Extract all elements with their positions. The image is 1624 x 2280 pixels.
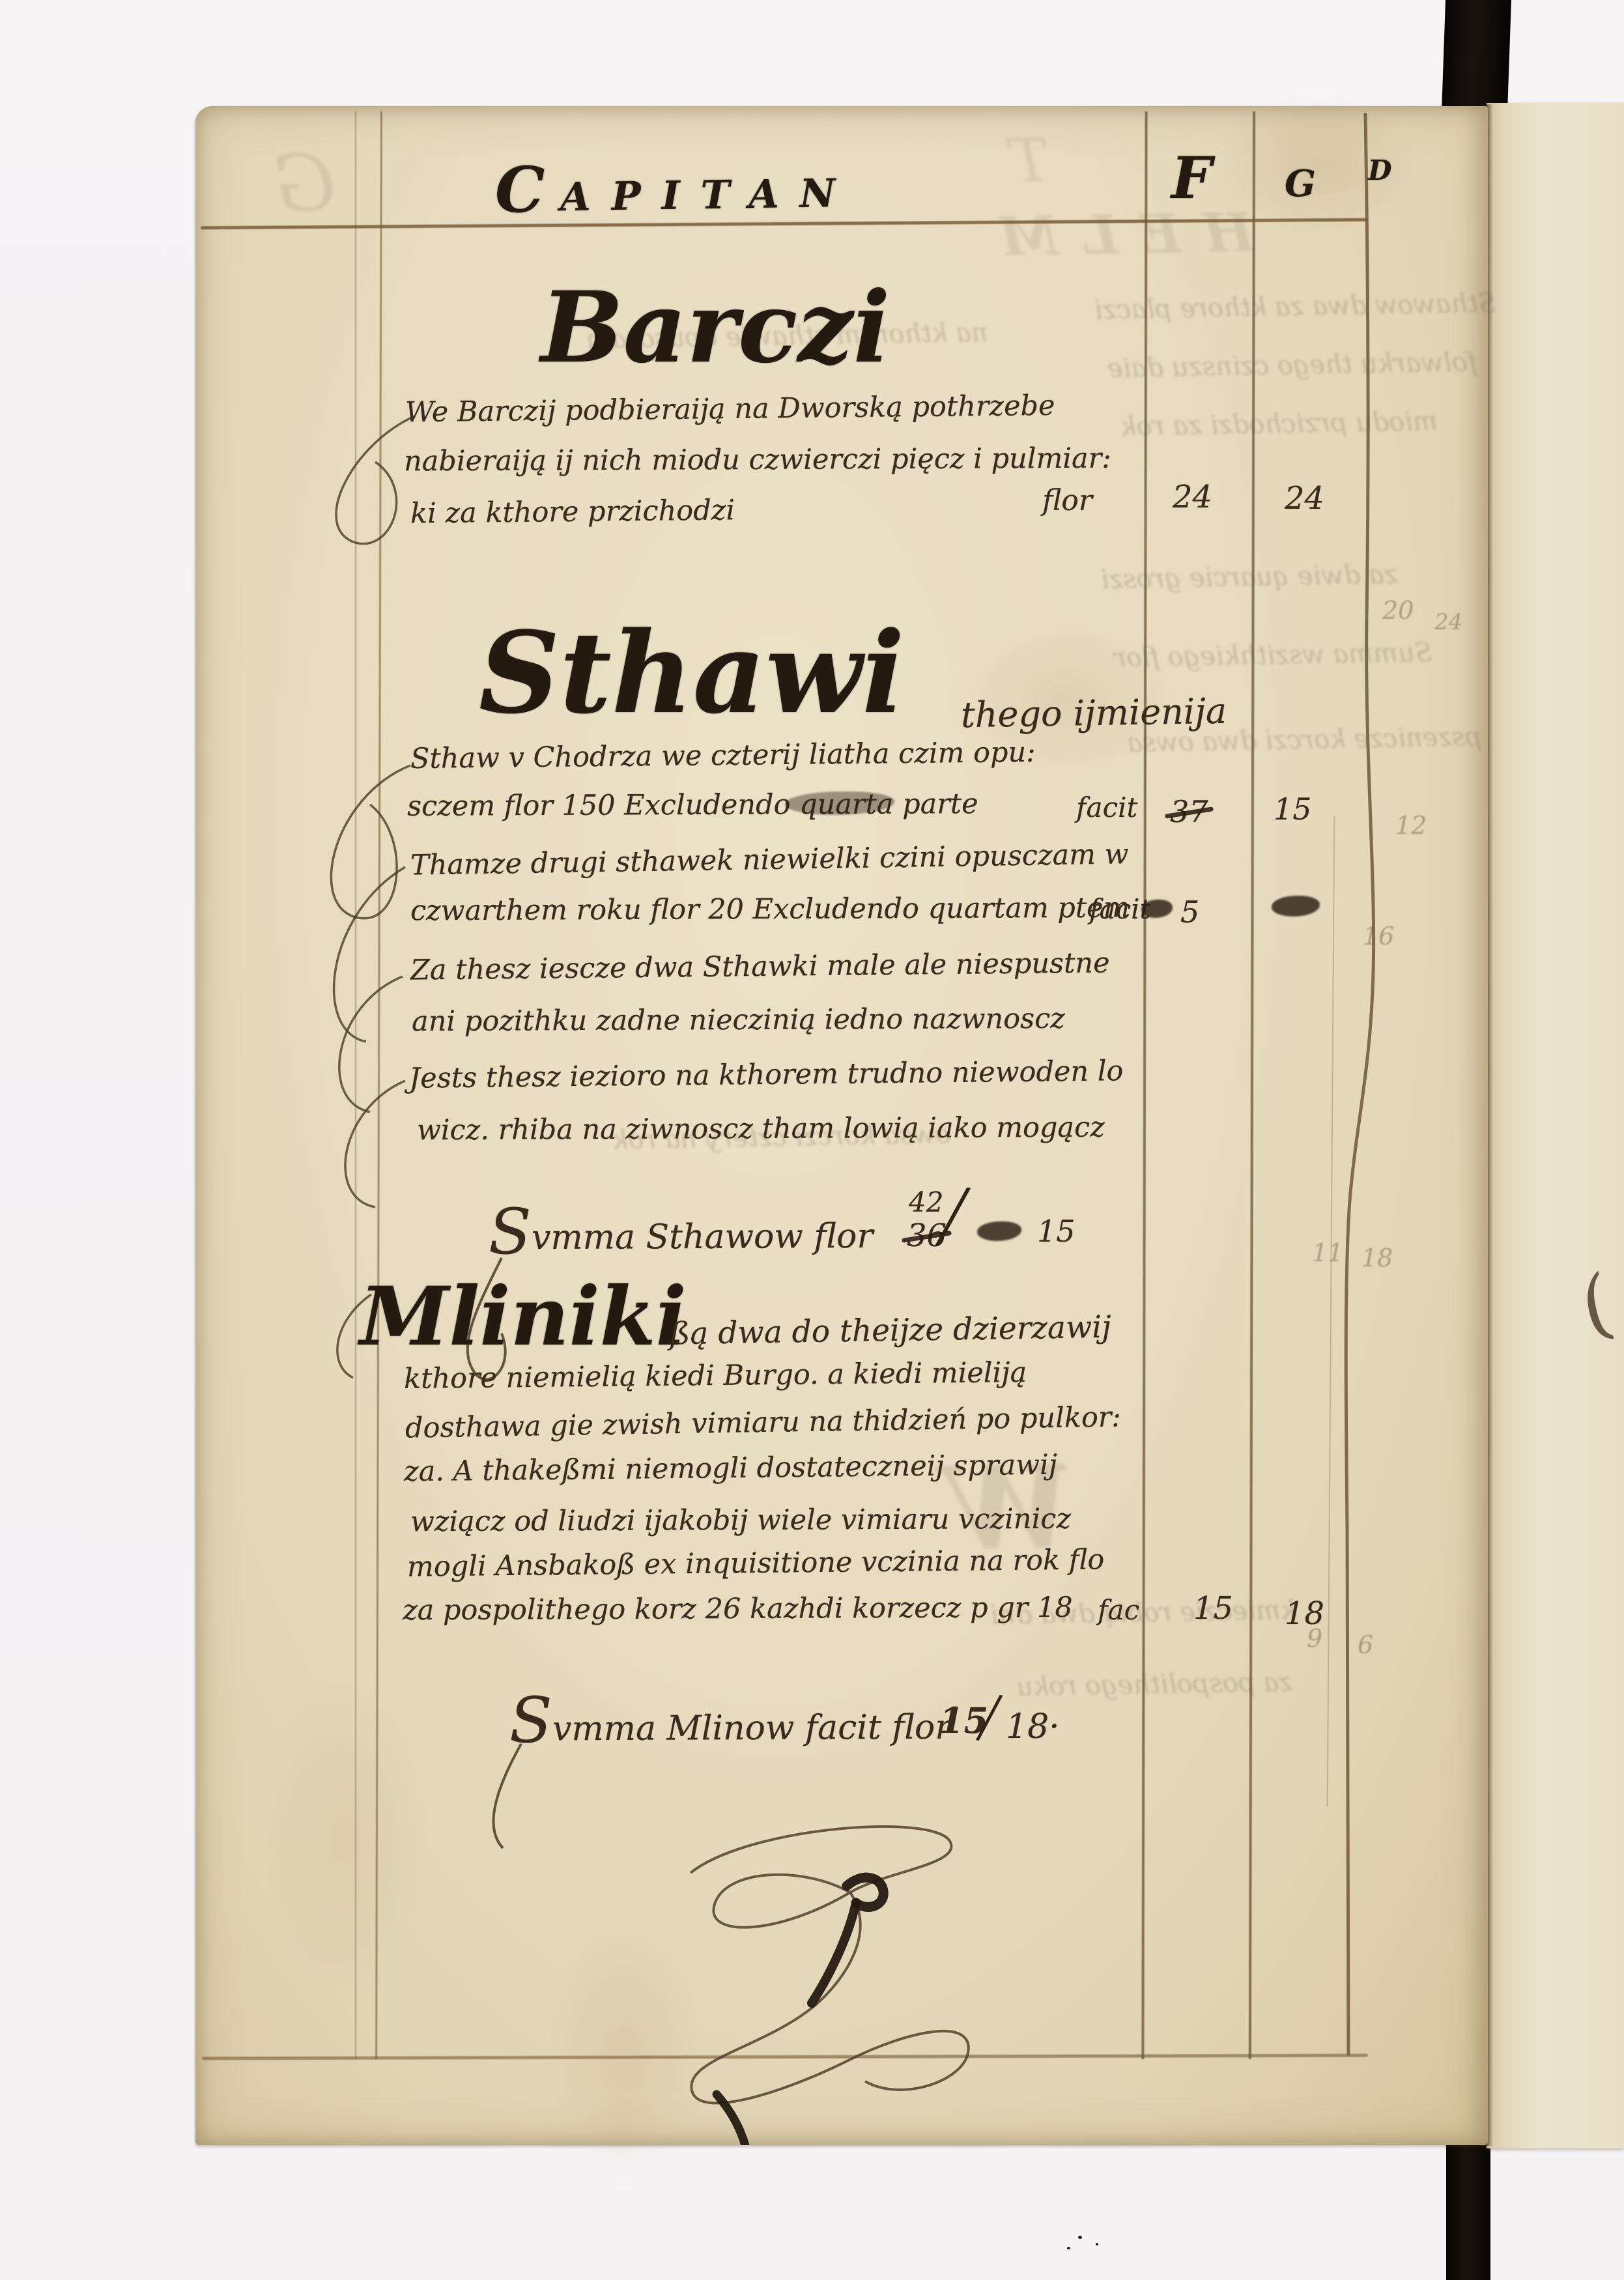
manuscript-scan: ( G T HELM Sthawow dwa za kthore placzi … — [0, 0, 1624, 2280]
sthawi-summa-label: vmma Sthawow flor — [532, 1217, 874, 1257]
barczi-line: ki za kthore przichodzi — [410, 494, 735, 530]
margin-swash — [339, 976, 403, 1112]
margin-rule — [375, 111, 382, 2059]
column-d-header: D — [1368, 154, 1391, 186]
paper-stain — [261, 1670, 430, 1995]
next-page-ink-mark: ( — [1565, 1261, 1624, 1352]
dust-speck — [1067, 2247, 1070, 2249]
bleedthrough-number: 20 — [1382, 596, 1414, 625]
sthawi-g-value: 15 — [1274, 791, 1312, 827]
column-g-header: G — [1285, 162, 1316, 205]
bleedthrough-number: 18 — [1361, 1244, 1393, 1272]
barczi-g-value: 24 — [1285, 480, 1324, 517]
mliniki-result-label: fac — [1098, 1594, 1139, 1626]
column-f-rule — [1141, 111, 1147, 2059]
margin-swash — [331, 765, 410, 919]
capitan-title: APITAN — [560, 171, 857, 220]
sthawi-heading: Sthawi — [479, 606, 905, 739]
pencil-guide-line — [1327, 816, 1335, 1806]
column-f-header: F — [1171, 144, 1212, 212]
ink-blot-struck-number — [1141, 900, 1173, 918]
bleedthrough-number: 16 — [1363, 922, 1394, 950]
sthawi-line: sczem flor 150 Excludendo quarta parte — [407, 788, 978, 823]
sthawi-line: Jests thesz iezioro na kthorem trudno ni… — [409, 1055, 1124, 1094]
sthawi-f-value: 5 — [1180, 894, 1199, 930]
z-flourish-knot — [847, 1877, 883, 1907]
paper-stain — [547, 1917, 704, 2191]
next-page-edge: ( — [1487, 103, 1624, 2148]
z-flourish-upper — [691, 1827, 951, 1928]
summa-s-tail — [493, 1744, 521, 1848]
mliniki-heading-suffix: ßą dwa do theijze dzierzawij — [670, 1309, 1112, 1352]
barczi-line: We Barczij podbieraiją na Dworską pothrz… — [405, 390, 1055, 429]
mliniki-g-value: 18 — [1285, 1595, 1324, 1632]
dust-speck — [1078, 2236, 1082, 2239]
sthawi-line: ani pozithku zadne nieczinią iedno nazwn… — [412, 1003, 1065, 1038]
mliniki-heading: Mliniki — [360, 1270, 687, 1364]
barczi-f-value: 24 — [1173, 479, 1212, 515]
barczi-heading: Barczi — [541, 270, 890, 385]
mliniki-summa-initial: S — [509, 1684, 552, 1757]
mliniki-f-value: 15 — [1193, 1590, 1233, 1627]
mliniki-summa-g: 18· — [1006, 1707, 1060, 1746]
bleedthrough-line: Summa wszithkiego flor — [1114, 638, 1433, 674]
margin-rule-inner — [355, 111, 356, 2059]
z-flourish-stem — [812, 1903, 856, 2003]
bleedthrough-number: 11 — [1312, 1238, 1343, 1267]
mliniki-line: dosthawa gie zwish vimiaru na thidzień p… — [405, 1401, 1122, 1444]
sthawi-line: czwarthem roku flor 20 Excludendo quarta… — [410, 892, 1130, 928]
dust-speck — [1096, 2243, 1098, 2245]
barczi-line: nabieraiją ij nich miodu czwierczi pięcz… — [404, 442, 1111, 478]
sthawi-summa-corrected: 42 — [909, 1186, 943, 1218]
sthawi-summa-value: 15 — [1037, 1214, 1076, 1249]
ink-blot-struck-number — [1272, 896, 1320, 917]
bleedthrough-letter: G — [273, 138, 337, 230]
bleedthrough-number: 24 — [1434, 609, 1462, 635]
sthawi-line: Thamze drugi sthawek niewielki czini opu… — [410, 838, 1129, 881]
sthawi-result-label: facit — [1076, 791, 1137, 823]
sthawi-line: Sthaw v Chodrza we czterij liatha czim o… — [410, 736, 1036, 775]
margin-swash — [345, 1081, 405, 1207]
sthawi-heading-suffix: thego ijmienija — [961, 691, 1227, 735]
sthawi-f-value-struck: 37 — [1170, 794, 1208, 829]
capitan-initial: C — [495, 153, 545, 227]
manuscript-page: G T HELM Sthawow dwa za kthore placzi fo… — [195, 106, 1488, 2145]
barczi-unit-label: flor — [1042, 484, 1092, 517]
bleedthrough-number: 6 — [1358, 1631, 1373, 1659]
margin-swash — [336, 416, 414, 544]
bleedthrough-line: folwarku thego czinszu daie — [1107, 347, 1477, 384]
margin-swash — [334, 867, 405, 1042]
mliniki-line: za pospolithego korz 26 kazhdi korzecz p… — [403, 1591, 1073, 1627]
column-d-wavy-rule — [1346, 113, 1373, 2055]
book-strap-bottom — [1446, 2142, 1490, 2280]
sthawi-line: Za thesz iescze dwa Sthawki male ale nie… — [410, 947, 1110, 986]
bleedthrough-line: Sthawow dwa za kthore placzi — [1094, 289, 1496, 326]
bleedthrough-mark: T — [1009, 125, 1050, 195]
book-strap-top — [1442, 0, 1511, 112]
mliniki-line: mogli Ansbakoß ex inquisitione vczinia n… — [407, 1543, 1105, 1583]
mliniki-summa-label: vmma Mlinow facit flor — [552, 1708, 951, 1749]
mliniki-line: kthore niemielią kiedi Burgo. a kiedi mi… — [404, 1356, 1027, 1395]
bleedthrough-number: 12 — [1395, 811, 1427, 840]
ink-blot-struck-number — [977, 1221, 1021, 1241]
z-flourish-tail — [717, 2094, 749, 2145]
mliniki-line: wziącz od liudzi ijakobij wiele vimiaru … — [410, 1503, 1071, 1538]
z-flourish-lower — [691, 1892, 968, 2103]
sthawi-summa-initial: S — [489, 1195, 532, 1268]
sthawi-line: wicz. rhiba na ziwnoscz tham lowią iako … — [417, 1111, 1105, 1147]
bleedthrough-heading: HELM — [976, 201, 1254, 268]
column-g-rule — [1249, 111, 1255, 2059]
bleedthrough-line: miodu przichodzi za rok — [1120, 406, 1438, 442]
mliniki-line: za. A thakeßmi niemogli dostateczneij sp… — [404, 1449, 1058, 1489]
